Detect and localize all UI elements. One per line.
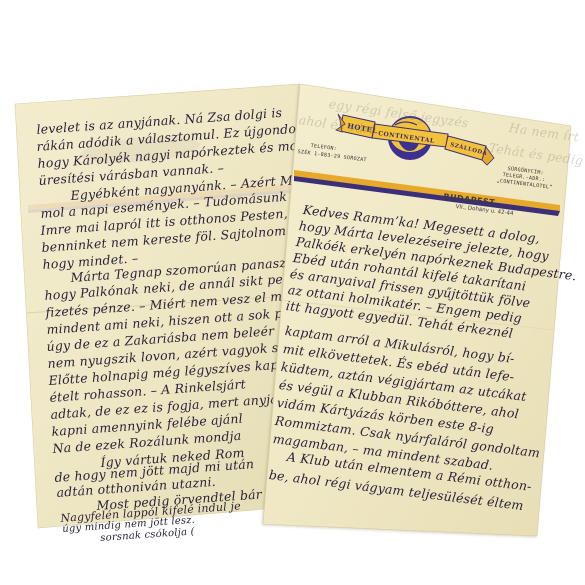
right-letter-page: HOTEL CONTINENTAL SZÁLLODA TELEFON: SZÉK… [0, 0, 585, 585]
